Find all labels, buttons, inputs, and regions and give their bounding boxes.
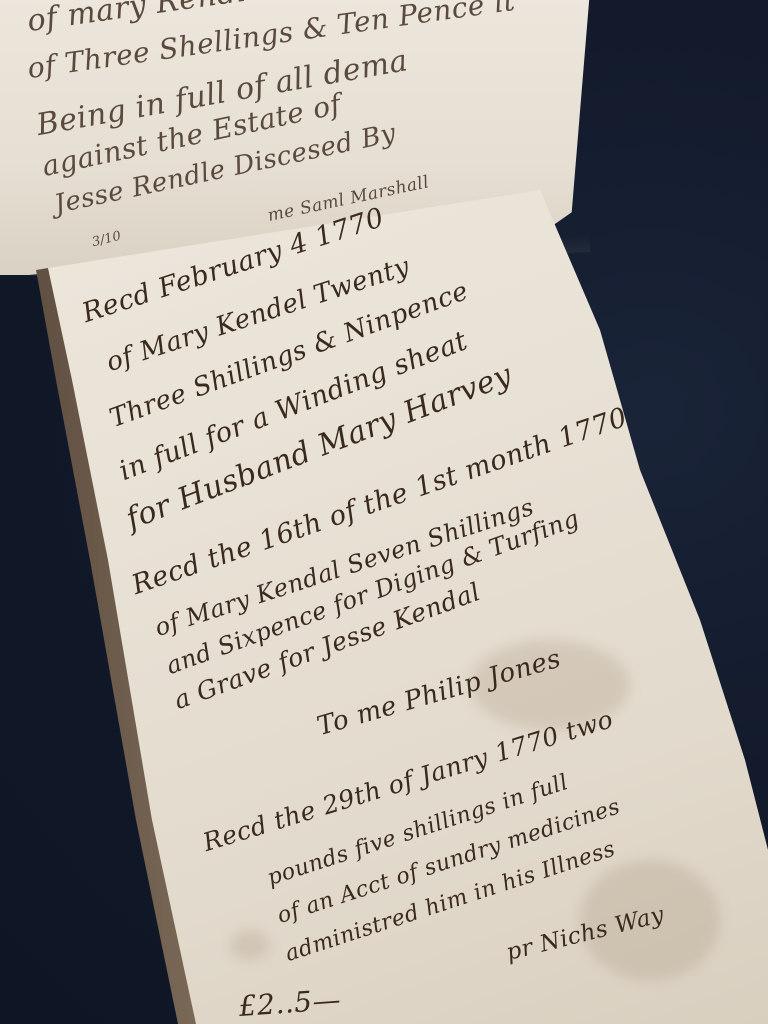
paper-stain	[230, 930, 270, 960]
photo-scene: of mary Rendle the su of Three Shellings…	[0, 0, 768, 1024]
